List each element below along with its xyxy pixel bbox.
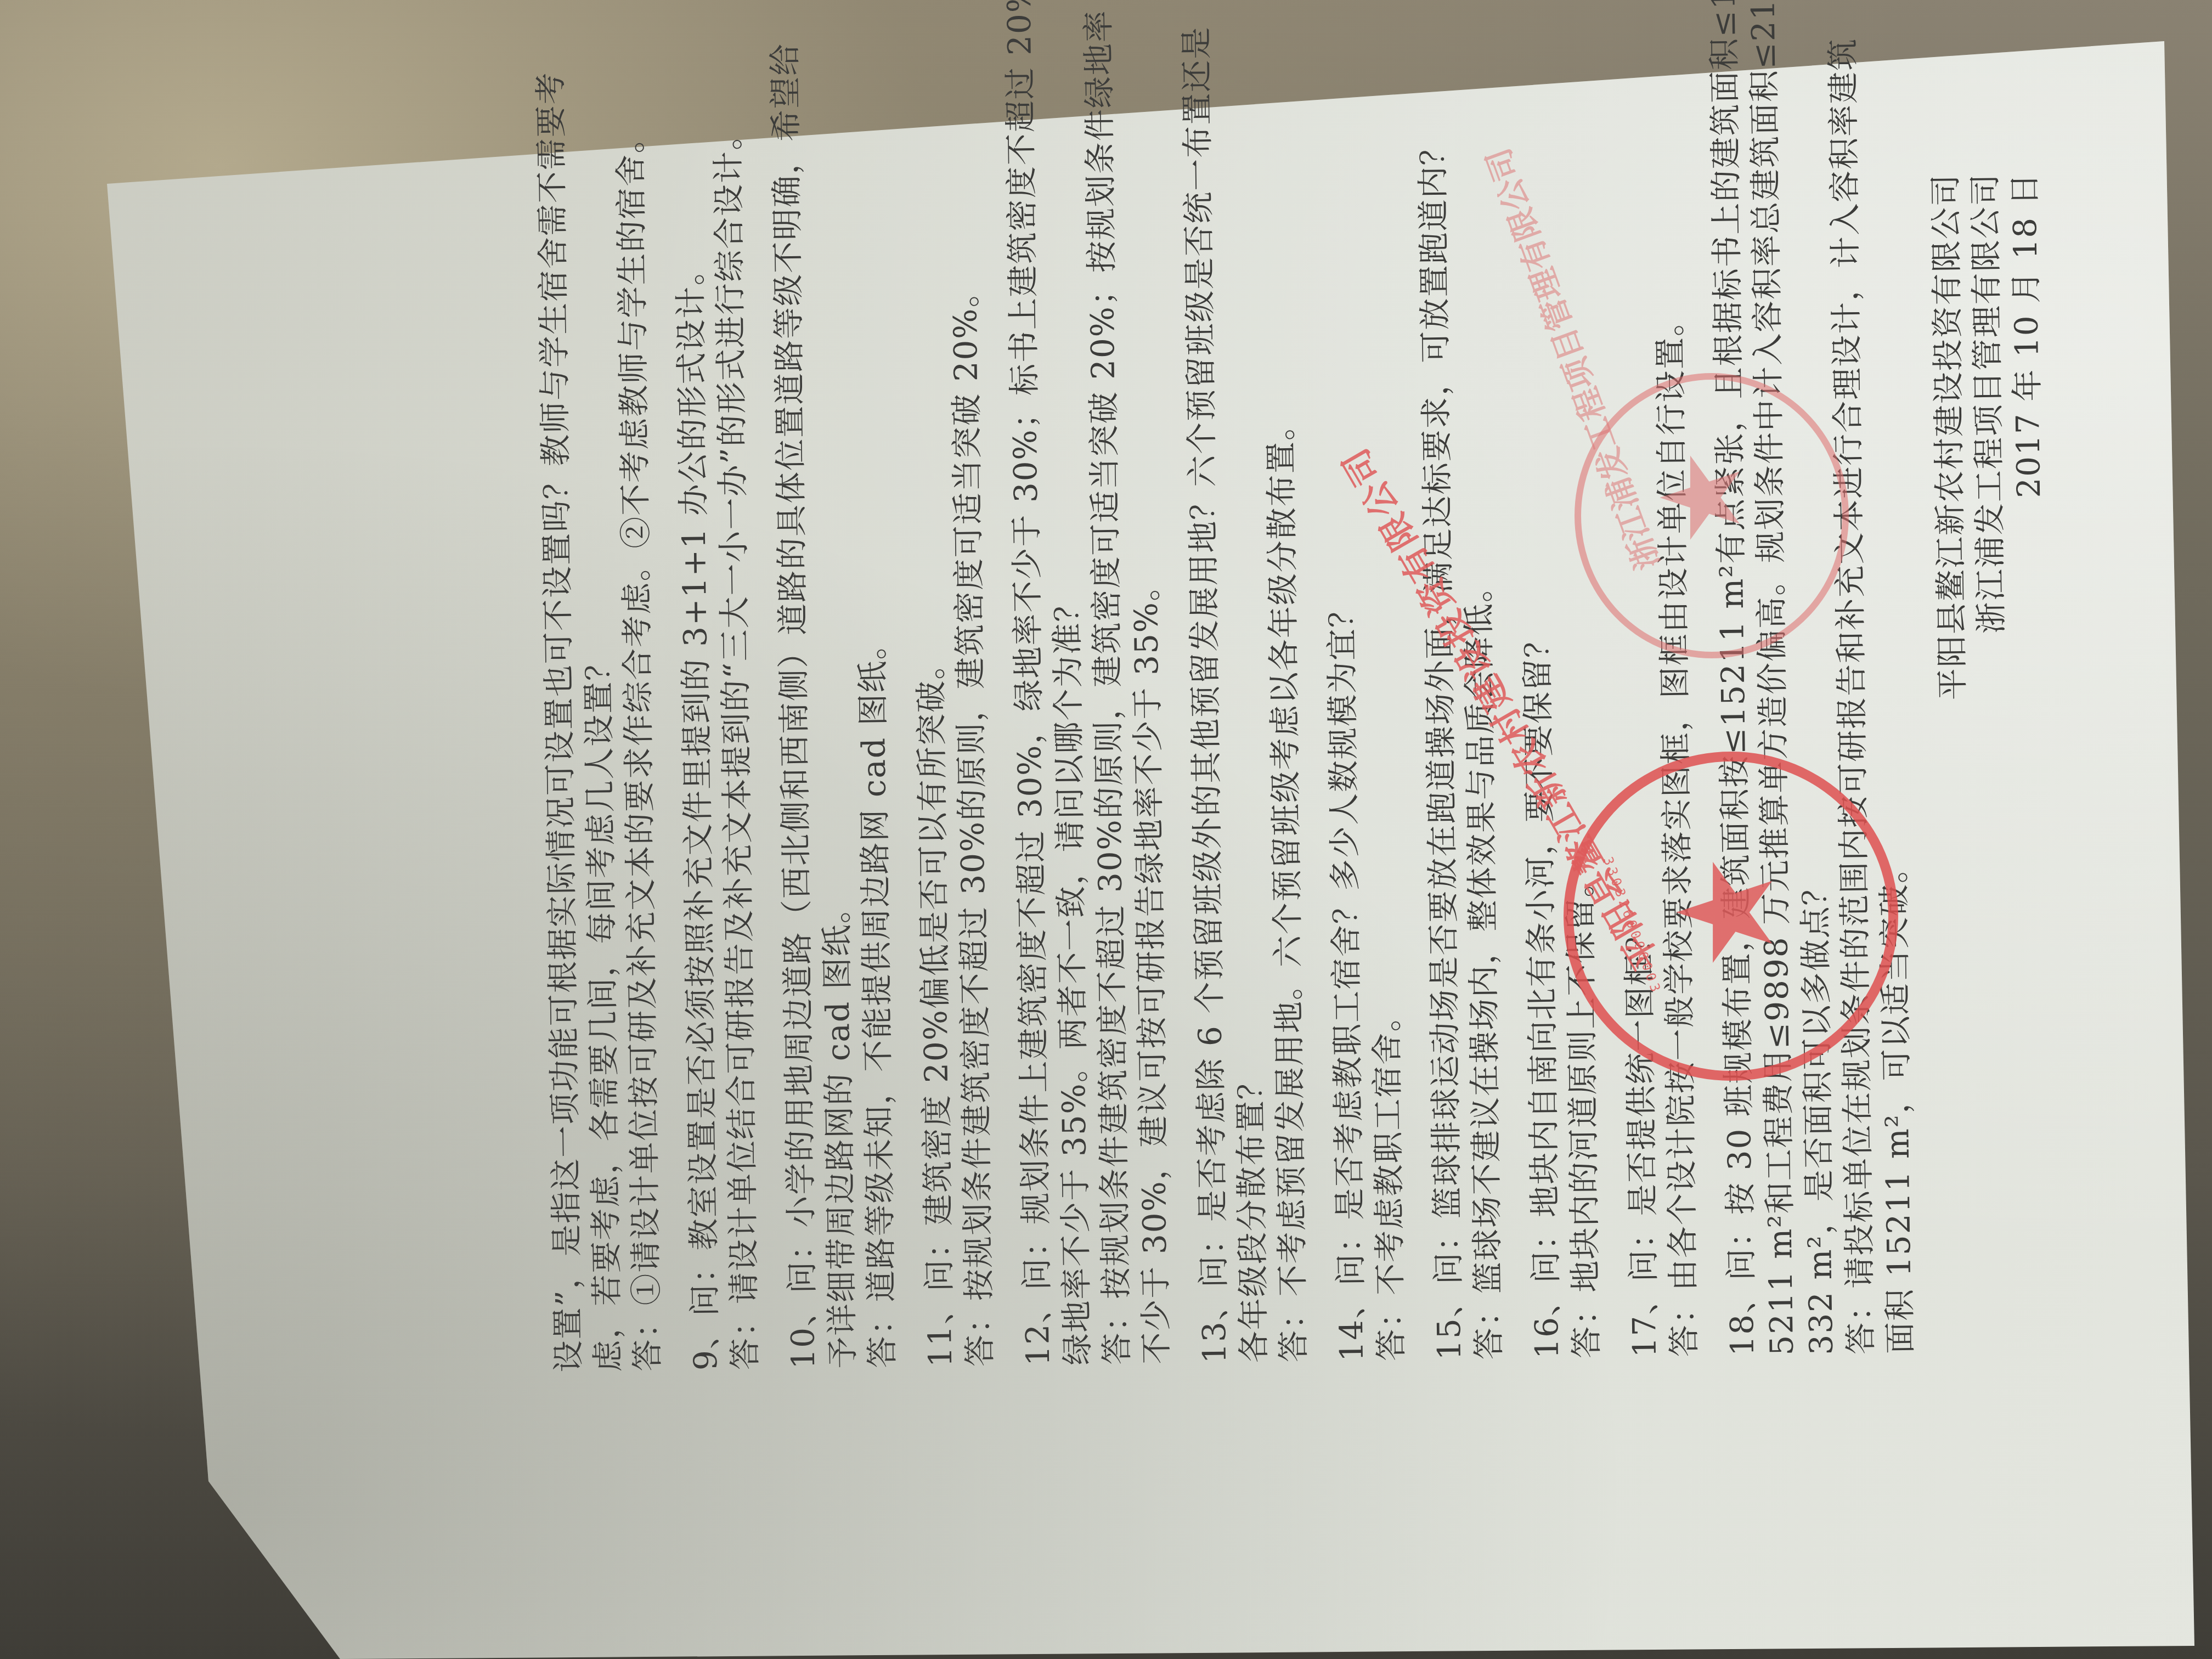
star-icon: ★	[1647, 448, 1757, 546]
star-icon: ★	[1660, 853, 1792, 971]
qa-item: 13、问：是否考虑除 6 个预留班级外的其他预留发展用地？六个预留班级是否统一布…	[1178, 183, 1313, 1364]
qa-item: 14、问：是否考虑教职工宿舍？多少人数规模为宜？答：不考虑教职工宿舍。	[1316, 181, 1411, 1362]
qa-item: 9、问：教室设置是否必须按照补充文件里提到的 3+1+1 办公的形式设计。答：请…	[669, 190, 765, 1371]
qa-item: 11、问：建筑密度 20%偏低是否可以有所突破。答：按规划条件建筑密度不超过 3…	[904, 187, 1000, 1368]
qa-item: 12、问：规划条件上建筑密度不超过 30%，绿地率不少于 30%；标书上建筑密度…	[1002, 184, 1176, 1366]
intro-block: 设置”，是指这一项功能可根据实际情况可设置也可不设置吗？教师与学生宿舍需不需要考…	[532, 191, 667, 1373]
signature-block: 平阳县鳌江新农村建设投资有限公司 浙江浦发工程项目管理有限公司 2017 年 1…	[1926, 172, 2061, 1353]
qa-item: 10、问：小学的用地周边道路（西北侧和西南侧）道路的具体位置道路等级不明确，希望…	[767, 188, 902, 1369]
official-seal-project-mgmt-co: ★ 浙江浦发工程项目管理有限公司	[1575, 373, 1849, 658]
qa-item: 15、问：篮球排球运动场是否要放在跑道操场外面，满足达标要求，可放置跑道内？答：…	[1413, 180, 1509, 1361]
official-seal-investment-co: ★ 平阳县鳌江新农村建设投资有限公司 3303260000003	[1564, 752, 1898, 1081]
